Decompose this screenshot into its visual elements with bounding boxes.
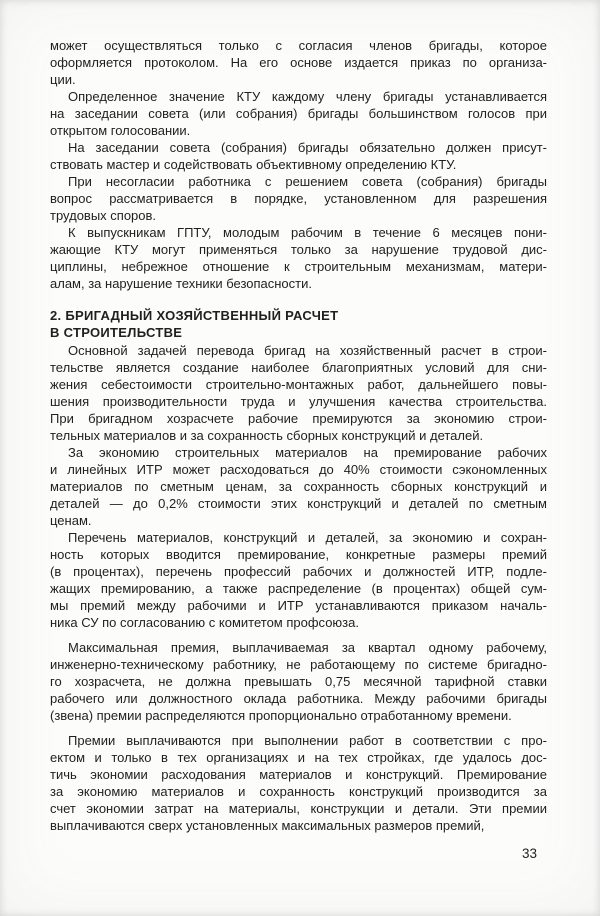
text-line: трудовых споров. (50, 207, 547, 224)
scanned-page: может осуществляться только с согласия ч… (0, 0, 600, 916)
text-line: тельных материалов и за сохранность сбор… (50, 427, 547, 444)
text-line: К выпускникам ГПТУ, молодым рабочим в те… (50, 224, 547, 241)
text-line: и линейных ИТР может расходоваться до 40… (50, 461, 547, 478)
text-line: Основной задачей перевода бригад на хозя… (50, 342, 547, 359)
text-line: открытом голосовании. (50, 122, 547, 139)
text-line: может осуществляться только с согласия ч… (50, 37, 547, 54)
text-line: инженерно-техническому работнику, не раб… (50, 656, 547, 673)
text-line: ценам. (50, 512, 547, 529)
text-line: выплачиваются сверх установленных максим… (50, 817, 547, 834)
text-line: го хозрасчета, не должна превышать 0,75 … (50, 673, 547, 690)
text-line: вопрос рассматривается в порядке, устано… (50, 190, 547, 207)
paragraph: При несогласии работника с решением сове… (50, 173, 547, 224)
paragraph: Премии выплачиваются при выполнении рабо… (50, 732, 547, 834)
text-line: оформляется протоколом. На его основе из… (50, 54, 547, 71)
paragraph: может осуществляться только с согласия ч… (50, 37, 547, 88)
text-line: ции. (50, 71, 547, 88)
text-line: Перечень материалов, конструкций и детал… (50, 529, 547, 546)
text-line: на заседании совета (или собрания) брига… (50, 105, 547, 122)
text-line: ектом и только в тех организациях и на т… (50, 749, 547, 766)
text-line: за экономию материалов и сохранность кон… (50, 783, 547, 800)
text-line: ность которых вводится премирование, кон… (50, 546, 547, 563)
page-content: может осуществляться только с согласия ч… (50, 37, 547, 834)
text-line: ника СУ по согласованию с комитетом проф… (50, 614, 547, 631)
text-line: Определенное значение КТУ каждому члену … (50, 88, 547, 105)
text-line: тичь экономии расходования материалов и … (50, 766, 547, 783)
text-line: При бригадном хозрасчете рабочие премиру… (50, 410, 547, 427)
text-line: жащих премированию, а также распределени… (50, 580, 547, 597)
text-line: шения производительности труда и улучшен… (50, 393, 547, 410)
paragraph: На заседании совета (собрания) бригады о… (50, 139, 547, 173)
text-line: При несогласии работника с решением сове… (50, 173, 547, 190)
text-line: Максимальная премия, выплачиваемая за кв… (50, 639, 547, 656)
page-number: 33 (522, 845, 537, 862)
text-line: тельстве является создание наиболее благ… (50, 359, 547, 376)
text-line: материалов по сметным ценам, за сохранно… (50, 478, 547, 495)
paragraph: За экономию строительных материалов на п… (50, 444, 547, 529)
text-line: (звена) премии распределяются пропорцион… (50, 707, 547, 724)
text-line: рабочего или должностного оклада работни… (50, 690, 547, 707)
text-line: На заседании совета (собрания) бригады о… (50, 139, 547, 156)
text-line: жающие КТУ могут применяться только за н… (50, 241, 547, 258)
paragraph: Основной задачей перевода бригад на хозя… (50, 342, 547, 444)
text-line: В СТРОИТЕЛЬСТВЕ (50, 324, 547, 341)
text-line: За экономию строительных материалов на п… (50, 444, 547, 461)
text-line: ствовать мастер и содействовать объектив… (50, 156, 547, 173)
text-line: счет экономии затрат на материалы, конст… (50, 800, 547, 817)
text-line: алам, за нарушение техники безопасности. (50, 275, 547, 292)
text-line: мы премий между рабочими и ИТР устанавли… (50, 597, 547, 614)
text-line: деталей — до 0,2% стоимости этих констру… (50, 495, 547, 512)
text-line: жения себестоимости строительно-монтажны… (50, 376, 547, 393)
text-line: 2. БРИГАДНЫЙ ХОЗЯЙСТВЕННЫЙ РАСЧЕТ (50, 307, 547, 324)
text-line: Премии выплачиваются при выполнении рабо… (50, 732, 547, 749)
text-line: циплины, небрежное отношение к строитель… (50, 258, 547, 275)
paragraph: Максимальная премия, выплачиваемая за кв… (50, 639, 547, 724)
paragraph: К выпускникам ГПТУ, молодым рабочим в те… (50, 224, 547, 292)
section-heading: 2. БРИГАДНЫЙ ХОЗЯЙСТВЕННЫЙ РАСЧЕТВ СТРОИ… (50, 307, 547, 341)
text-line: (в процентах), перечень профессий рабочи… (50, 563, 547, 580)
paragraph: Перечень материалов, конструкций и детал… (50, 529, 547, 631)
paragraph: Определенное значение КТУ каждому члену … (50, 88, 547, 139)
